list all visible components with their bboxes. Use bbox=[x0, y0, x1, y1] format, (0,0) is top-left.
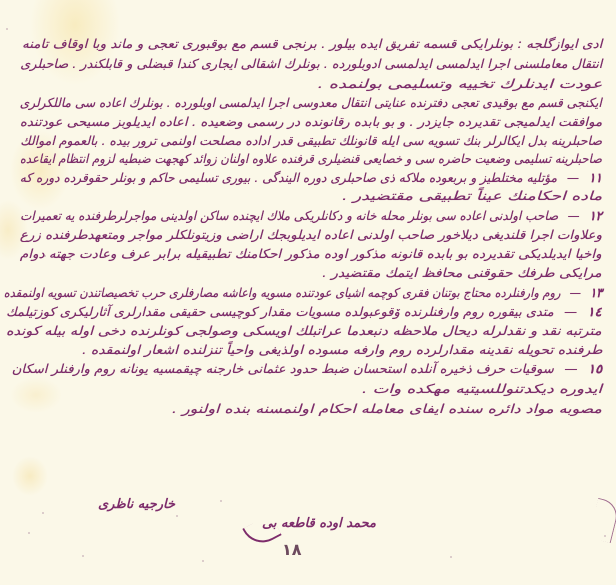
line-text: مرایکی طرفك حقوقنی محافظ ایتمك مقتضیدر . bbox=[323, 265, 602, 280]
margin-ink-stroke bbox=[588, 498, 616, 543]
text-line: ماده احکامنك عیناً تطبیقی مقتضیدر . bbox=[342, 188, 602, 204]
paragraph-dash: — bbox=[569, 285, 580, 300]
line-text: طرفنده تحویله نقدینه مقدارلرده روم وارفه… bbox=[82, 342, 602, 357]
paragraph-dash: — bbox=[567, 170, 579, 185]
paper-speck bbox=[42, 512, 44, 514]
line-text: روم وارفنلرده محتاج بوتنان فقری کوچمه اش… bbox=[3, 285, 560, 300]
numbered-paragraph-line: ١١—مؤتلیه مختلطیز و بربعوده ملاکه ذی صاح… bbox=[20, 170, 602, 186]
line-text: مؤتلیه مختلطیز و بربعوده ملاکه ذی صاحبلر… bbox=[20, 170, 557, 185]
line-text: مترتبه نقد و نقدلرله دیحال ملاحظه دنبعدم… bbox=[6, 323, 602, 338]
minister-title: خارجیه ناظری bbox=[98, 497, 175, 512]
paragraph-number: ١١ bbox=[589, 170, 602, 185]
document-page: ادی ایوازگلجه : بونلرایکی قسمه تفریق اید… bbox=[0, 0, 616, 585]
line-text: صاحبلرینه بدل ایکالرلر بنك تسویه سی ایله… bbox=[20, 133, 602, 148]
text-line: صاحبلرینه بدل ایکالرلر بنك تسویه سی ایله… bbox=[20, 133, 602, 149]
paragraph-number: ١٢ bbox=[589, 208, 602, 223]
line-text: وعلاوات اجرا قلندیغی دیلاخور صاحب اولدنی… bbox=[20, 227, 602, 242]
paper-speck bbox=[202, 560, 204, 562]
line-text: ایدوره دیکدتنوللسیتیه مهکده وات . bbox=[362, 381, 602, 396]
line-text: متدی بیقوره روم وارفنلرنده ۆقوعبولده مسو… bbox=[7, 304, 555, 319]
line-text: ادی ایوازگلجه : بونلرایکی قسمه تفریق اید… bbox=[22, 36, 602, 51]
paper-speck bbox=[176, 515, 178, 517]
text-line: ایکنجی قسم مع بوقیدی تعجی دفترنده عنایتی… bbox=[20, 95, 602, 111]
paragraph-dash: — bbox=[564, 361, 577, 376]
numbered-paragraph-line: ١٣—روم وارفنلرده محتاج بوتنان فقری کوچمه… bbox=[3, 285, 602, 301]
line-text: ایکنجی قسم مع بوقیدی تعجی دفترنده عنایتی… bbox=[20, 95, 602, 110]
line-text: واخیا ایدیلدیکی تقدیرده بو بابده قانونه … bbox=[20, 246, 602, 261]
text-line: ادی ایوازگلجه : بونلرایکی قسمه تفریق اید… bbox=[22, 36, 602, 52]
text-line: طرفنده تحویله نقدینه مقدارلرده روم وارفه… bbox=[82, 342, 602, 358]
numbered-paragraph-line: ١٤—متدی بیقوره روم وارفنلرنده ۆقوعبولده … bbox=[7, 304, 602, 320]
text-line: مصوبه مواد دائره سنده ایفای معامله احکام… bbox=[172, 401, 602, 417]
paper-speck bbox=[6, 28, 8, 30]
text-line: صاحبلرینه تسلیمی وضعیت حاضره سی و خصایعی… bbox=[20, 151, 602, 167]
numbered-paragraph-line: ١٢—صاحب اولدنی اعاده سی بونلر محله خانه … bbox=[20, 208, 602, 224]
paragraph-dash: — bbox=[565, 304, 578, 319]
line-text: موافقت ایدلمیجی تقدیرده جایزدر . و بو با… bbox=[20, 114, 602, 129]
numbered-paragraph-line: ١٥—سوقیات حرف ذخیره آنلده استحسان ضبط حد… bbox=[12, 361, 602, 377]
line-text: انتقال معاملسنی اجرا ایدلمسی ایدلمسی ادو… bbox=[20, 56, 602, 71]
paper-speck bbox=[450, 556, 452, 558]
text-line: انتقال معاملسنی اجرا ایدلمسی ایدلمسی ادو… bbox=[20, 56, 602, 72]
line-text: ماده احکامنك عیناً تطبیقی مقتضیدر . bbox=[342, 188, 602, 203]
line-text: سوقیات حرف ذخیره آنلده استحسان ضبط حدود … bbox=[12, 361, 554, 376]
paragraph-dash: — bbox=[568, 208, 580, 223]
line-text: عودت ایدنلرك تخییه وتسلیمی بولنمده . bbox=[317, 76, 602, 91]
paper-speck bbox=[82, 555, 84, 557]
text-line: واخیا ایدیلدیکی تقدیرده بو بابده قانونه … bbox=[20, 246, 602, 262]
line-text: صاحب اولدنی اعاده سی بونلر محله خانه و د… bbox=[20, 208, 558, 223]
page-number: ١٨ bbox=[282, 540, 302, 559]
text-line: مترتبه نقد و نقدلرله دیحال ملاحظه دنبعدم… bbox=[6, 323, 602, 339]
paragraph-number: ١٥ bbox=[588, 361, 602, 376]
text-line: عودت ایدنلرك تخییه وتسلیمی بولنمده . bbox=[317, 76, 602, 92]
line-text: صاحبلرینه تسلیمی وضعیت حاضره سی و خصایعی… bbox=[20, 151, 602, 166]
paper-speck bbox=[28, 532, 30, 534]
text-line: ایدوره دیکدتنوللسیتیه مهکده وات . bbox=[362, 381, 602, 397]
signature: محمد اوده قاطعه بی bbox=[262, 516, 376, 531]
paper-speck bbox=[220, 500, 222, 502]
line-text: مصوبه مواد دائره سنده ایفای معامله احکام… bbox=[172, 401, 602, 416]
paragraph-number: ١٣ bbox=[590, 285, 602, 300]
text-line: مرایکی طرفك حقوقنی محافظ ایتمك مقتضیدر . bbox=[323, 265, 602, 281]
text-line: وعلاوات اجرا قلندیغی دیلاخور صاحب اولدنی… bbox=[20, 227, 602, 243]
paragraph-number: ١٤ bbox=[588, 304, 602, 319]
text-line: موافقت ایدلمیجی تقدیرده جایزدر . و بو با… bbox=[20, 114, 602, 130]
